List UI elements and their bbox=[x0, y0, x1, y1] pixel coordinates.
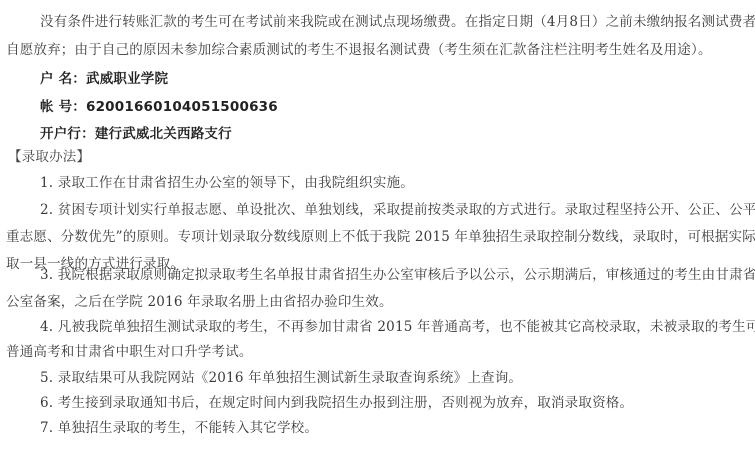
item-5-line-1: 5. 录取结果可从我院网站《2016 年单独招生测试新生录取查询系统》上查询。 bbox=[40, 369, 522, 387]
intro-paragraph-line-1: 没有条件进行转账汇款的考生可在考试前来我院或在测试点现场缴费。在指定日期（4月8… bbox=[40, 13, 755, 31]
item-4-line-2: 普通高考和甘肃省中职生对口升学考试。 bbox=[6, 343, 253, 361]
account-number-row: 帐 号：62001660104051500636 bbox=[40, 98, 278, 116]
item-2-line-2: 重志愿、分数优先”的原则。专项计划录取分数线原则上不低于我院 2015 年单独招… bbox=[6, 228, 755, 246]
account-name-label: 户 名： bbox=[40, 71, 86, 87]
item-1-line-1: 1. 录取工作在甘肃省招生办公室的领导下，由我院组织实施。 bbox=[40, 174, 414, 192]
item-3-line-1: 3. 我院根据录取原则确定拟录取考生名单报甘肃省招生办公室审核后予以公示，公示期… bbox=[40, 266, 755, 284]
item-2-line-1: 2. 贫困专项计划实行单报志愿、单设批次、单独划线，采取提前按类录取的方式进行。… bbox=[40, 201, 755, 219]
account-number-label: 帐 号： bbox=[40, 99, 86, 115]
account-name-row: 户 名：武威职业学院 bbox=[40, 70, 168, 88]
account-bank-row: 开户行：建行武威北关西路支行 bbox=[40, 125, 232, 143]
item-6-line-1: 6. 考生接到录取通知书后，在规定时间内到我院招生办报到注册，否则视为放弃，取消… bbox=[40, 394, 633, 412]
account-name-value: 武威职业学院 bbox=[86, 71, 168, 87]
section-heading: 【录取办法】 bbox=[8, 148, 90, 166]
item-7-line-1: 7. 单独招生录取的考生，不能转入其它学校。 bbox=[40, 419, 318, 437]
document-page: 没有条件进行转账汇款的考生可在考试前来我院或在测试点现场缴费。在指定日期（4月8… bbox=[0, 0, 755, 449]
intro-paragraph-line-2: 自愿放弃；由于自己的原因未参加综合素质测试的考生不退报名测试费（考生须在汇款备注… bbox=[6, 41, 712, 59]
account-bank-label: 开户行： bbox=[40, 126, 95, 142]
account-bank-value: 建行武威北关西路支行 bbox=[95, 126, 232, 142]
item-3-line-2: 公室备案，之后在学院 2016 年录取名册上由省招办验印生效。 bbox=[6, 293, 393, 311]
account-number-value: 62001660104051500636 bbox=[86, 99, 278, 115]
item-4-line-1: 4. 凡被我院单独招生测试录取的考生，不再参加甘肃省 2015 年普通高考，也不… bbox=[40, 318, 755, 336]
